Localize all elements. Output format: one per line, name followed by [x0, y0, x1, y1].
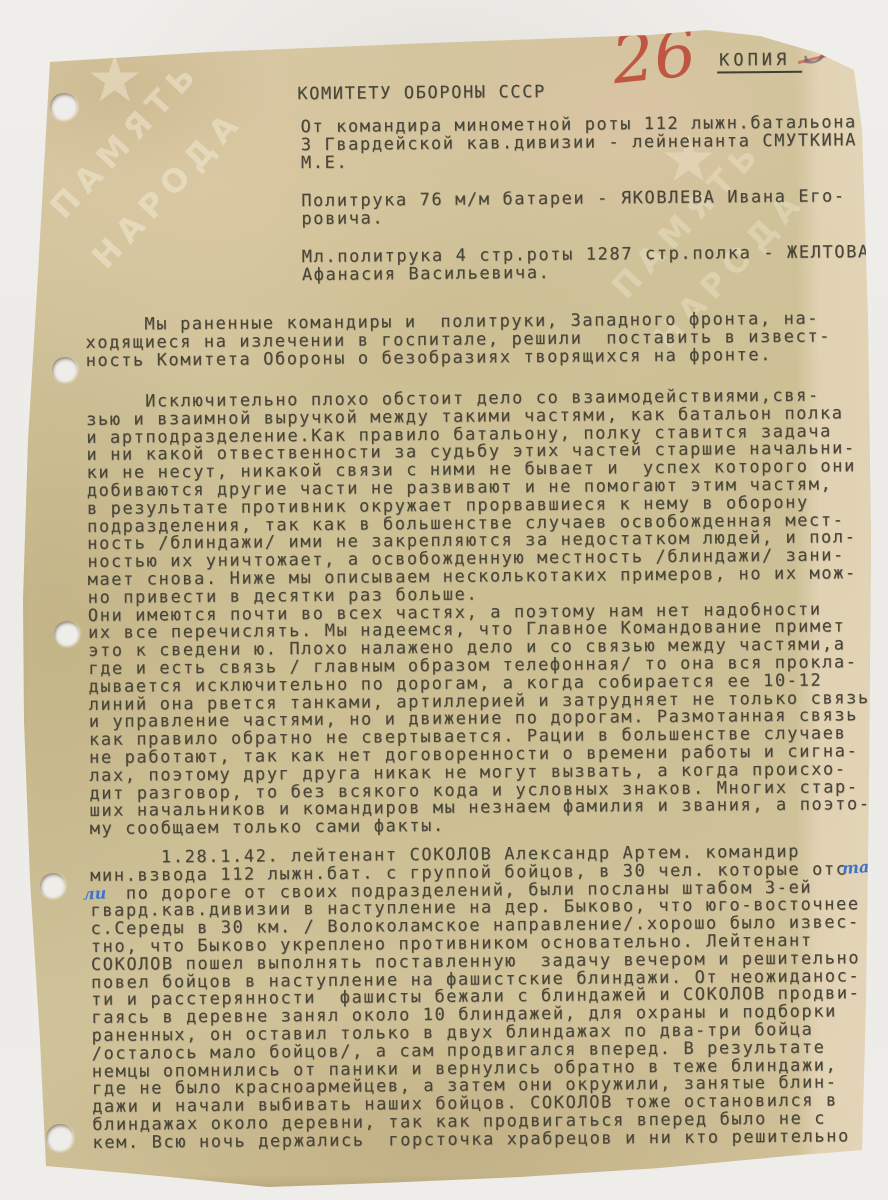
addressee-line: КОМИТЕТУ ОБОРОНЫ СССР [297, 84, 546, 104]
incident-paragraph-1: 1.28.1.42. лейтенант СОКОЛОВ Александр А… [90, 843, 862, 1152]
typed-content: КОПИЯ КОМИТЕТУ ОБОРОНЫ СССР От командира… [0, 0, 888, 1200]
typed-line: Афанасия Васильевича. [302, 262, 870, 285]
typed-line: ровича. [301, 206, 846, 229]
sender-block-2: Политрука 76 м/м батареи - ЯКОВЛЕВА Иван… [301, 188, 846, 228]
sender-block-3: Мл.политрука 4 стр.роты 1287 стр.полка -… [302, 244, 870, 285]
typed-line: кем. Всю ночь держались горсточка храбре… [92, 1128, 861, 1153]
body-paragraph-1: Мы раненные командиры и политруки, Запад… [85, 311, 831, 371]
copy-stamp: КОПИЯ [717, 52, 802, 74]
paper-sheet: ★ ПАМЯТЬ НАРОДА ★ ПАМЯТЬ НАРОДА КОПИЯ КО… [0, 0, 888, 1200]
typed-line: ность Комитета Обороны о безобразиях тво… [86, 346, 832, 370]
scan-background: ★ ПАМЯТЬ НАРОДА ★ ПАМЯТЬ НАРОДА КОПИЯ КО… [0, 0, 888, 1200]
sender-block-1: От командира минометной роты 112 лыжн.ба… [301, 114, 858, 172]
typed-line: му сообщаем только сами факты. [90, 814, 871, 839]
body-paragraph-2: Исключительно плохо обстоит дело со взаи… [86, 387, 871, 839]
